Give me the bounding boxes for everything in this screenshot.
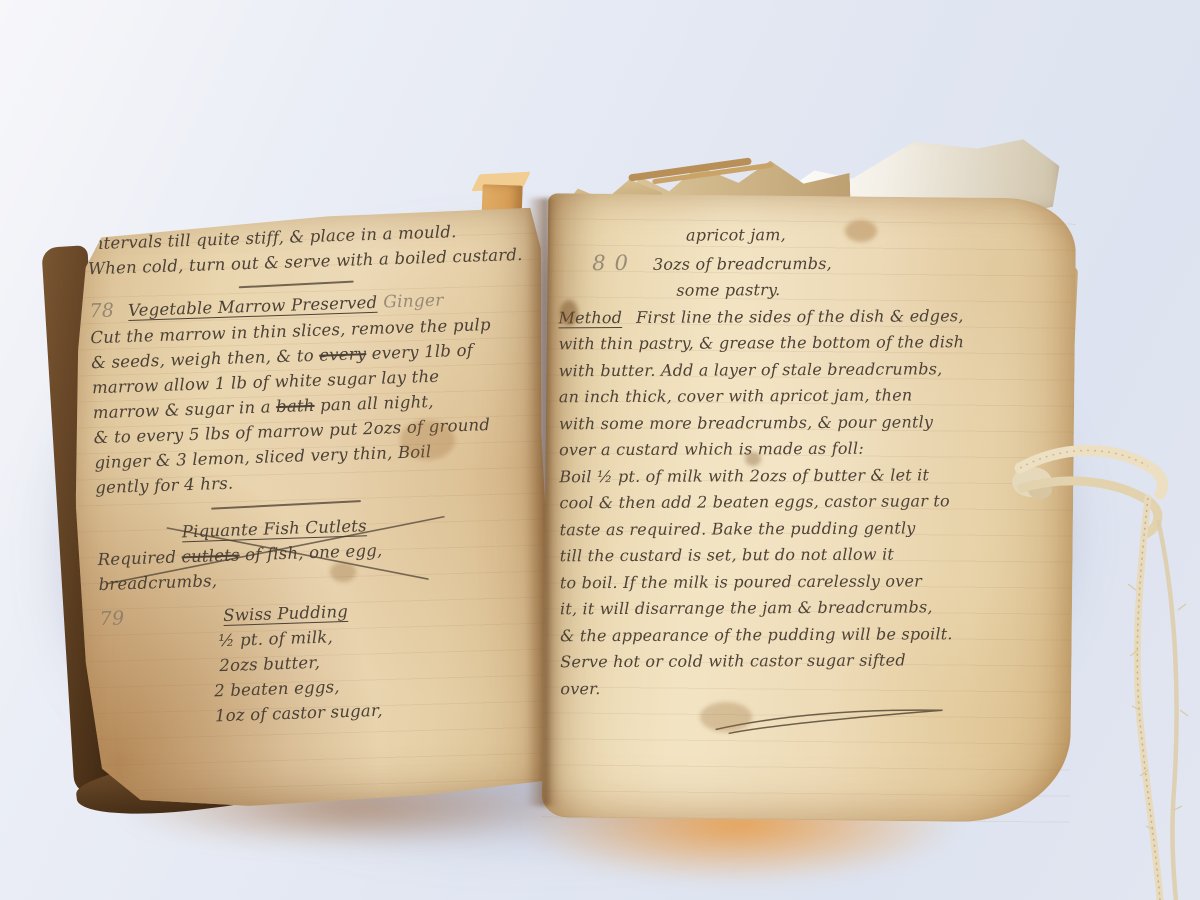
handwritten-line: taste as required. Bake the pudding gent… [560, 514, 1060, 543]
text-run: marrow & sugar in a [93, 397, 277, 422]
paper-stain [560, 300, 578, 326]
pencil-annotation: Ginger [383, 291, 444, 313]
handwritten-line: Boil ½ pt. of milk with 2ozs of butter &… [559, 461, 1059, 490]
handwritten-line: over. [560, 673, 1060, 702]
crossed-out-word: every [319, 344, 367, 365]
ingredient-line: some pastry. [676, 276, 1058, 304]
handwritten-line: over a custard which is made as foll: [559, 435, 1059, 464]
recipe-title: Vegetable Marrow Preserved [128, 293, 378, 320]
text-run: 3ozs of breadcrumbs, [653, 253, 832, 273]
paper-stain [745, 452, 761, 466]
handwritten-line: & the appearance of the pudding will be … [560, 620, 1060, 649]
handwritten-line: with thin pastry, & grease the bottom of… [559, 329, 1059, 358]
handwritten-line: cool & then add 2 beaten eggs, castor su… [559, 488, 1059, 517]
divider-line [239, 281, 354, 289]
left-page-handwriting: intervals till quite stiff, & place in a… [87, 217, 545, 732]
ingredient-line: 803ozs of breadcrumbs, [558, 247, 1058, 278]
crossed-out-word: bath [276, 396, 315, 416]
handwritten-line: Serve hot or cold with castor sugar sift… [560, 647, 1060, 676]
text-run: First line the sides of the dish & edges… [636, 306, 964, 327]
text-run: every 1lb of [366, 341, 473, 364]
page-gutter-shadow [526, 198, 562, 806]
handwritten-line: to boil. If the milk is poured carelessl… [560, 567, 1060, 596]
method-heading-line: MethodFirst line the sides of the dish &… [558, 302, 1058, 331]
paper-stain [700, 702, 752, 732]
page-number-pencil: 80 [592, 250, 637, 274]
text-run: pan all night, [314, 392, 434, 415]
handwritten-line: it, it will disarrange the jam & breadcr… [560, 594, 1060, 623]
left-page: intervals till quite stiff, & place in a… [68, 208, 556, 811]
handwritten-line: till the custard is set, but do not allo… [560, 541, 1060, 570]
photo-of-recipe-book: intervals till quite stiff, & place in a… [0, 0, 1200, 900]
cross-out-mark [96, 510, 458, 602]
handwritten-line: with some more breadcrumbs, & pour gentl… [559, 408, 1059, 437]
fabric-ribbon [990, 410, 1200, 900]
paper-stain [400, 420, 455, 460]
recipe-title: Swiss Pudding [223, 602, 348, 625]
handwritten-line: an inch thick, cover with apricot jam, t… [559, 382, 1059, 411]
paper-stain [330, 562, 356, 582]
page-number-pencil: 78 [89, 299, 114, 322]
divider-line [211, 500, 361, 510]
right-page-handwriting: apricot jam, 803ozs of breadcrumbs, some… [558, 221, 1061, 737]
paper-stain [845, 220, 877, 242]
page-number-pencil: 79 [99, 607, 124, 630]
handwritten-line: with butter. Add a layer of stale breadc… [559, 355, 1059, 384]
crossed-out-recipe-fish-cutlets: Piquante Fish Cutlets Required cutlets o… [96, 508, 540, 598]
